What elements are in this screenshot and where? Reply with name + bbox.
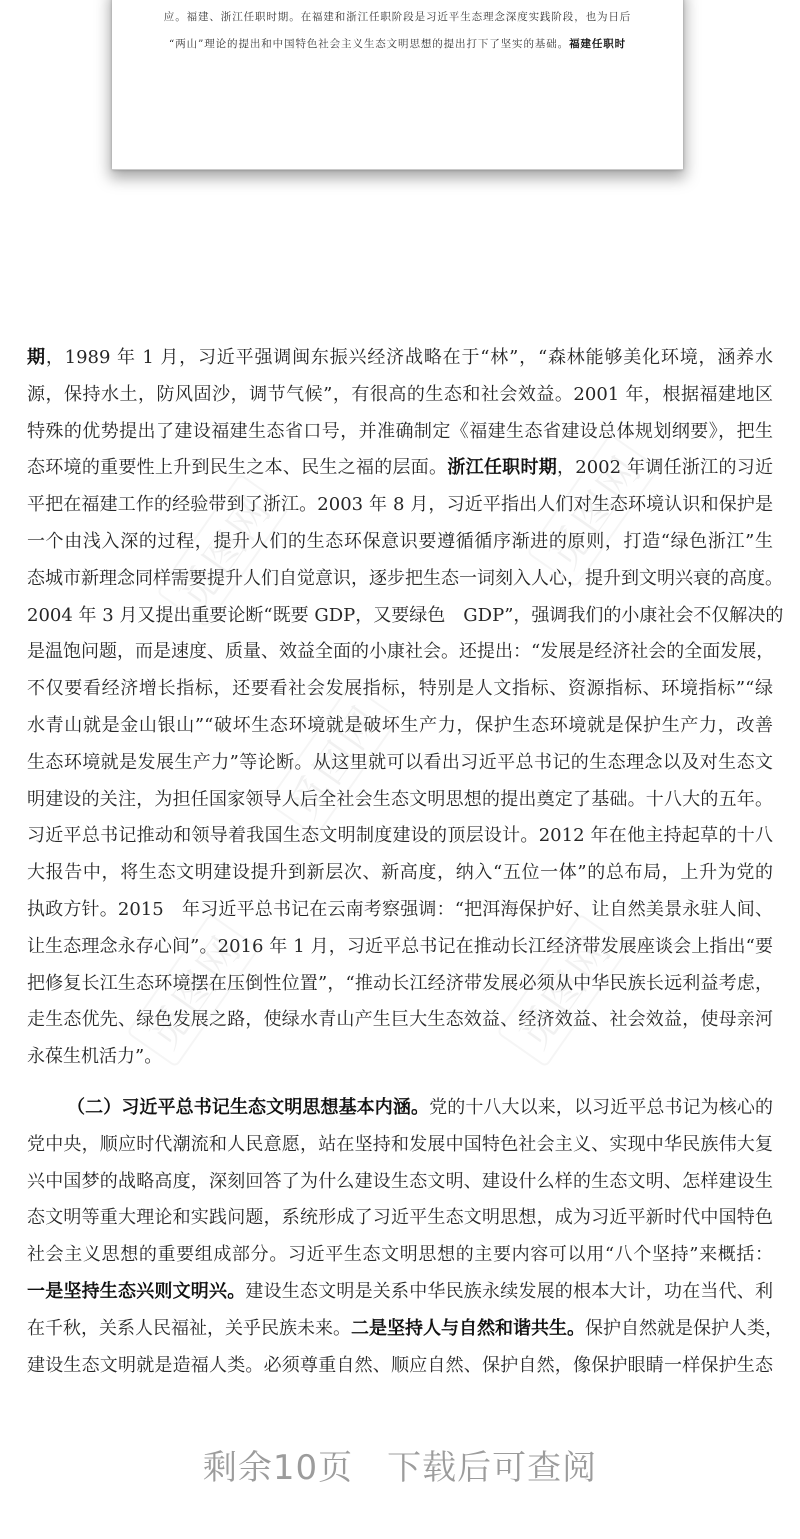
text-line: 党中央，顺应时代潮流和人民意愿，站在坚持和发展中国特色社会主义、实现中华民族伟大… <box>27 1127 773 1164</box>
preview-line: “两山”理论的提出和中国特色社会主义生态文明思想的提出打下了坚实的基础。福建任职… <box>130 31 665 58</box>
text-line: 一个由浅入深的过程，提升人们的生态环保意识要遵循循序渐进的原则，打造“绿色浙江”… <box>27 524 773 561</box>
bold-run: 期 <box>27 347 46 368</box>
text-run: 态环境的重要性上升到民生之本、民生之福的层面。 <box>27 457 447 478</box>
text-line: 是温饱问题，而是速度、质量、效益全面的小康社会。还提出：“发展是经济社会的全面发… <box>27 634 773 671</box>
text-line: 平把在福建工作的经验带到了浙江。2003 年 8 月，习近平指出人们对生态环境认… <box>27 487 773 524</box>
text-line: 生态环境就是发展生产力”等论断。从这里就可以看出习近平总书记的生态理念以及对生态… <box>27 745 773 782</box>
download-prompt[interactable]: 剩余10页下载后可查阅 <box>0 1440 800 1489</box>
text-line: 让生态理念永存心间”。2016 年 1 月，习近平总书记在推动长江经济带发展座谈… <box>27 929 773 966</box>
text-line: 明建设的关注，为担任国家领导人后全社会生态文明思想的提出奠定了基础。十八大的五年… <box>27 782 773 819</box>
text-line: 社会主义思想的重要组成部分。习近平生态文明思想的主要内容可以用“八个坚持”来概括… <box>27 1237 773 1274</box>
text-line: 态文明等重大理论和实践问题，系统形成了习近平生态文明思想，成为习近平新时代中国特… <box>27 1200 773 1237</box>
text-line: 兴中国梦的战略高度，深刻回答了为什么建设生态文明、建设什么样的生态文明、怎样建设… <box>27 1164 773 1201</box>
page-preview-card: 应。福建、浙江任职时期。在福建和浙江任职阶段是习近平生态理念深度实践阶段，也为日… <box>112 0 683 170</box>
text-line: 习近平总书记推动和领导着我国生态文明制度建设的顶层设计。2012 年在他主持起草… <box>27 818 773 855</box>
text-run: 保护自然就是保护人类， <box>585 1318 783 1339</box>
text-line: 水青山就是金山银山”“破坏生态环境就是破坏生产力，保护生态环境就是保护生产力，改… <box>27 708 773 745</box>
preview-line: 应。福建、浙江任职时期。在福建和浙江任职阶段是习近平生态理念深度实践阶段，也为日… <box>130 4 665 31</box>
text-run: ，2002 年调任浙江的习近 <box>557 457 773 478</box>
text-line: 态环境的重要性上升到民生之本、民生之福的层面。浙江任职时期，2002 年调任浙江… <box>27 450 773 487</box>
text-line: 不仅要看经济增长指标，还要看社会发展指标，特别是人文指标、资源指标、环境指标”“… <box>27 671 773 708</box>
text-line: 永葆生机活力”。 <box>27 1039 773 1076</box>
text-line: 期，1989 年 1 月，习近平强调闽东振兴经济战略在于“林”，“森林能够美化环… <box>27 340 773 377</box>
bold-run: 一是坚持生态兴则文明兴。 <box>27 1281 245 1302</box>
text-line: 执政方针。2015 年习近平总书记在云南考察强调：“把洱海保护好、让自然美景永驻… <box>27 892 773 929</box>
preview-line-text: “两山”理论的提出和中国特色社会主义生态文明思想的提出打下了坚实的基础。 <box>169 38 569 50</box>
text-run: 党的十八大以来，以习近平总书记为核心的 <box>429 1097 773 1118</box>
text-line: 特殊的优势提出了建设福建生态省口号，并准确制定《福建生态省建设总体规划纲要》，把… <box>27 414 773 451</box>
text-line: 态城市新理念同样需要提升人们自觉意识，逐步把生态一词刻入人心，提升到文明兴衰的高… <box>27 561 773 598</box>
text-run: 在千秋，关系人民福祉，关乎民族未来。 <box>27 1318 351 1339</box>
remaining-pages-label: 剩余10页 <box>203 1440 353 1489</box>
text-run: 建设生态文明是关系中华民族永续发展的根本大计，功在当代、利 <box>245 1281 773 1302</box>
section-heading: （二）习近平总书记生态文明思想基本内涵。 <box>67 1097 429 1118</box>
preview-text: 应。福建、浙江任职时期。在福建和浙江任职阶段是习近平生态理念深度实践阶段，也为日… <box>130 4 665 58</box>
text-line: 走生态优先、绿色发展之路，使绿水青山产生巨大生态效益、经济效益、社会效益，使母亲… <box>27 1002 773 1039</box>
text-line: 2004 年 3 月又提出重要论断“既要 GDP，又要绿色 GDP”，强调我们的… <box>27 598 773 635</box>
text-line: 大报告中，将生态文明建设提升到新层次、新高度，纳入“五位一体”的总布局，上升为党… <box>27 855 773 892</box>
bold-run: 二是坚持人与自然和谐共生。 <box>351 1318 585 1339</box>
paragraph-2: （二）习近平总书记生态文明思想基本内涵。党的十八大以来，以习近平总书记为核心的 … <box>27 1090 773 1384</box>
bold-run: 浙江任职时期 <box>447 457 557 478</box>
text-line: （二）习近平总书记生态文明思想基本内涵。党的十八大以来，以习近平总书记为核心的 <box>27 1090 773 1127</box>
download-to-view-label[interactable]: 下载后可查阅 <box>387 1440 597 1489</box>
text-line: 源，保持水土，防风固沙，调节气候”，有很高的生态和社会效益。2001 年，根据福… <box>27 377 773 414</box>
preview-line-bold: 福建任职时 <box>569 38 626 50</box>
text-line: 一是坚持生态兴则文明兴。建设生态文明是关系中华民族永续发展的根本大计，功在当代、… <box>27 1274 773 1311</box>
text-line: 建设生态文明就是造福人类。必须尊重自然、顺应自然、保护自然，像保护眼睛一样保护生… <box>27 1348 773 1385</box>
paragraph-1: 期，1989 年 1 月，习近平强调闽东振兴经济战略在于“林”，“森林能够美化环… <box>27 340 773 1076</box>
text-run: ，1989 年 1 月，习近平强调闽东振兴经济战略在于“林”，“森林能够美化环境… <box>46 347 773 368</box>
text-line: 把修复长江生态环境摆在压倒性位置”，“推动长江经济带发展必须从中华民族长远利益考… <box>27 966 773 1003</box>
text-line: 在千秋，关系人民福祉，关乎民族未来。二是坚持人与自然和谐共生。保护自然就是保护人… <box>27 1311 773 1348</box>
